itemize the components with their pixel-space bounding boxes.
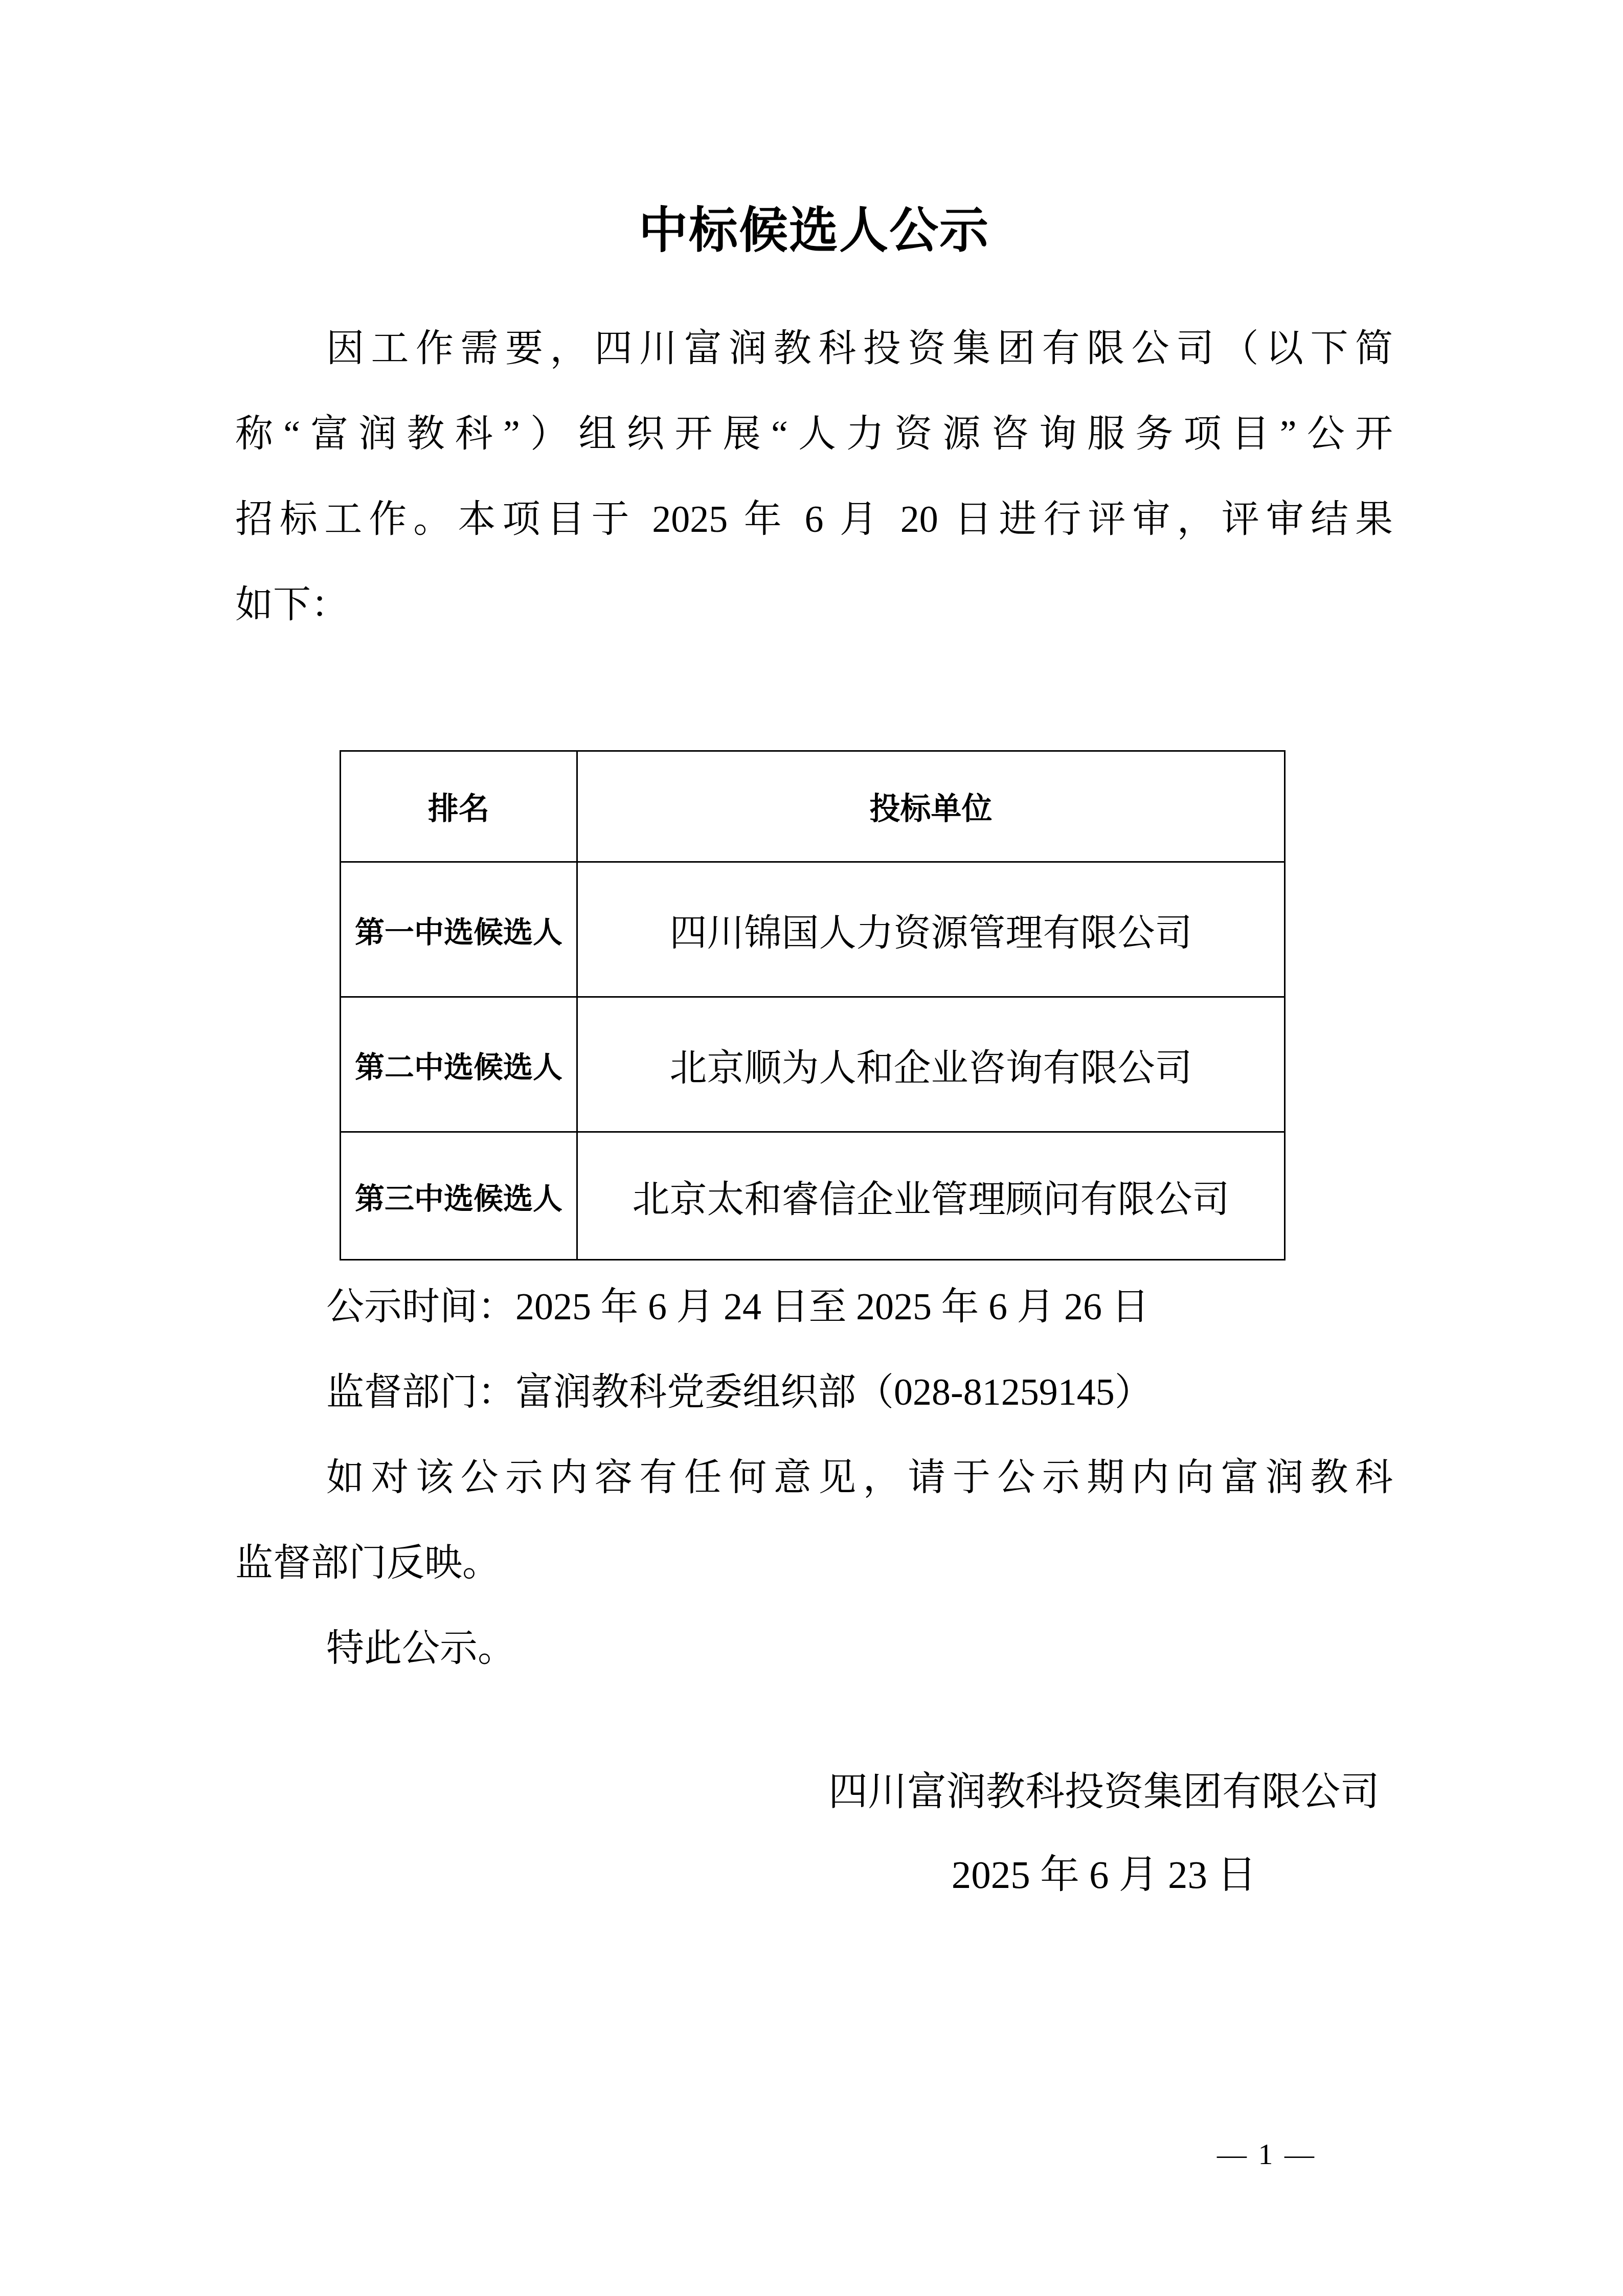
table-row: 第二中选候选人 北京顺为人和企业咨询有限公司 [341, 997, 1285, 1132]
bidder-cell: 北京顺为人和企业咨询有限公司 [577, 997, 1285, 1132]
signature-block: 四川富润教科投资集团有限公司 2025 年 6 月 23 日 [235, 1750, 1380, 1916]
bid-results-table: 排名 投标单位 第一中选候选人 四川锦国人力资源管理有限公司 第二中选候选人 北… [340, 750, 1286, 1260]
intro-line: 如下： [235, 562, 1393, 648]
feedback-line: 监督部门反映。 [235, 1521, 1393, 1606]
table-header-row: 排名 投标单位 [341, 751, 1285, 862]
supervision-dept-line: 监督部门：富润教科党委组织部（028-81259145） [235, 1350, 1393, 1435]
notice-section: 公示时间：2025 年 6 月 24 日至 2025 年 6 月 26 日 监督… [235, 1265, 1393, 1692]
intro-paragraph: 因工作需要，四川富润教科投资集团有限公司（以下简 称“富润教科”）组织开展“人力… [235, 306, 1393, 648]
intro-line: 称“富润教科”）组织开展“人力资源咨询服务项目”公开 [235, 392, 1393, 477]
rank-cell: 第三中选候选人 [341, 1132, 577, 1260]
bidder-cell: 北京太和睿信企业管理顾问有限公司 [577, 1132, 1285, 1260]
page-title: 中标候选人公示 [235, 202, 1393, 259]
table-header-rank: 排名 [341, 751, 577, 862]
table-row: 第一中选候选人 四川锦国人力资源管理有限公司 [341, 862, 1285, 997]
page-number: — 1 — [1217, 2136, 1316, 2172]
document-page: 中标候选人公示 因工作需要，四川富润教科投资集团有限公司（以下简 称“富润教科”… [0, 0, 1623, 2296]
intro-line: 招标工作。本项目于 2025 年 6 月 20 日进行评审，评审结果 [235, 477, 1393, 562]
table-header-bidder: 投标单位 [577, 751, 1285, 862]
closing-line: 特此公示。 [235, 1606, 1393, 1692]
signature-company: 四川富润教科投资集团有限公司 [828, 1750, 1380, 1833]
publicity-period-line: 公示时间：2025 年 6 月 24 日至 2025 年 6 月 26 日 [235, 1265, 1393, 1350]
table-row: 第三中选候选人 北京太和睿信企业管理顾问有限公司 [341, 1132, 1285, 1260]
rank-cell: 第二中选候选人 [341, 997, 577, 1132]
intro-line: 因工作需要，四川富润教科投资集团有限公司（以下简 [235, 306, 1393, 392]
bidder-cell: 四川锦国人力资源管理有限公司 [577, 862, 1285, 997]
feedback-line: 如对该公示内容有任何意见，请于公示期内向富润教科 [235, 1435, 1393, 1521]
rank-cell: 第一中选候选人 [341, 862, 577, 997]
signature-date: 2025 年 6 月 23 日 [828, 1833, 1380, 1916]
